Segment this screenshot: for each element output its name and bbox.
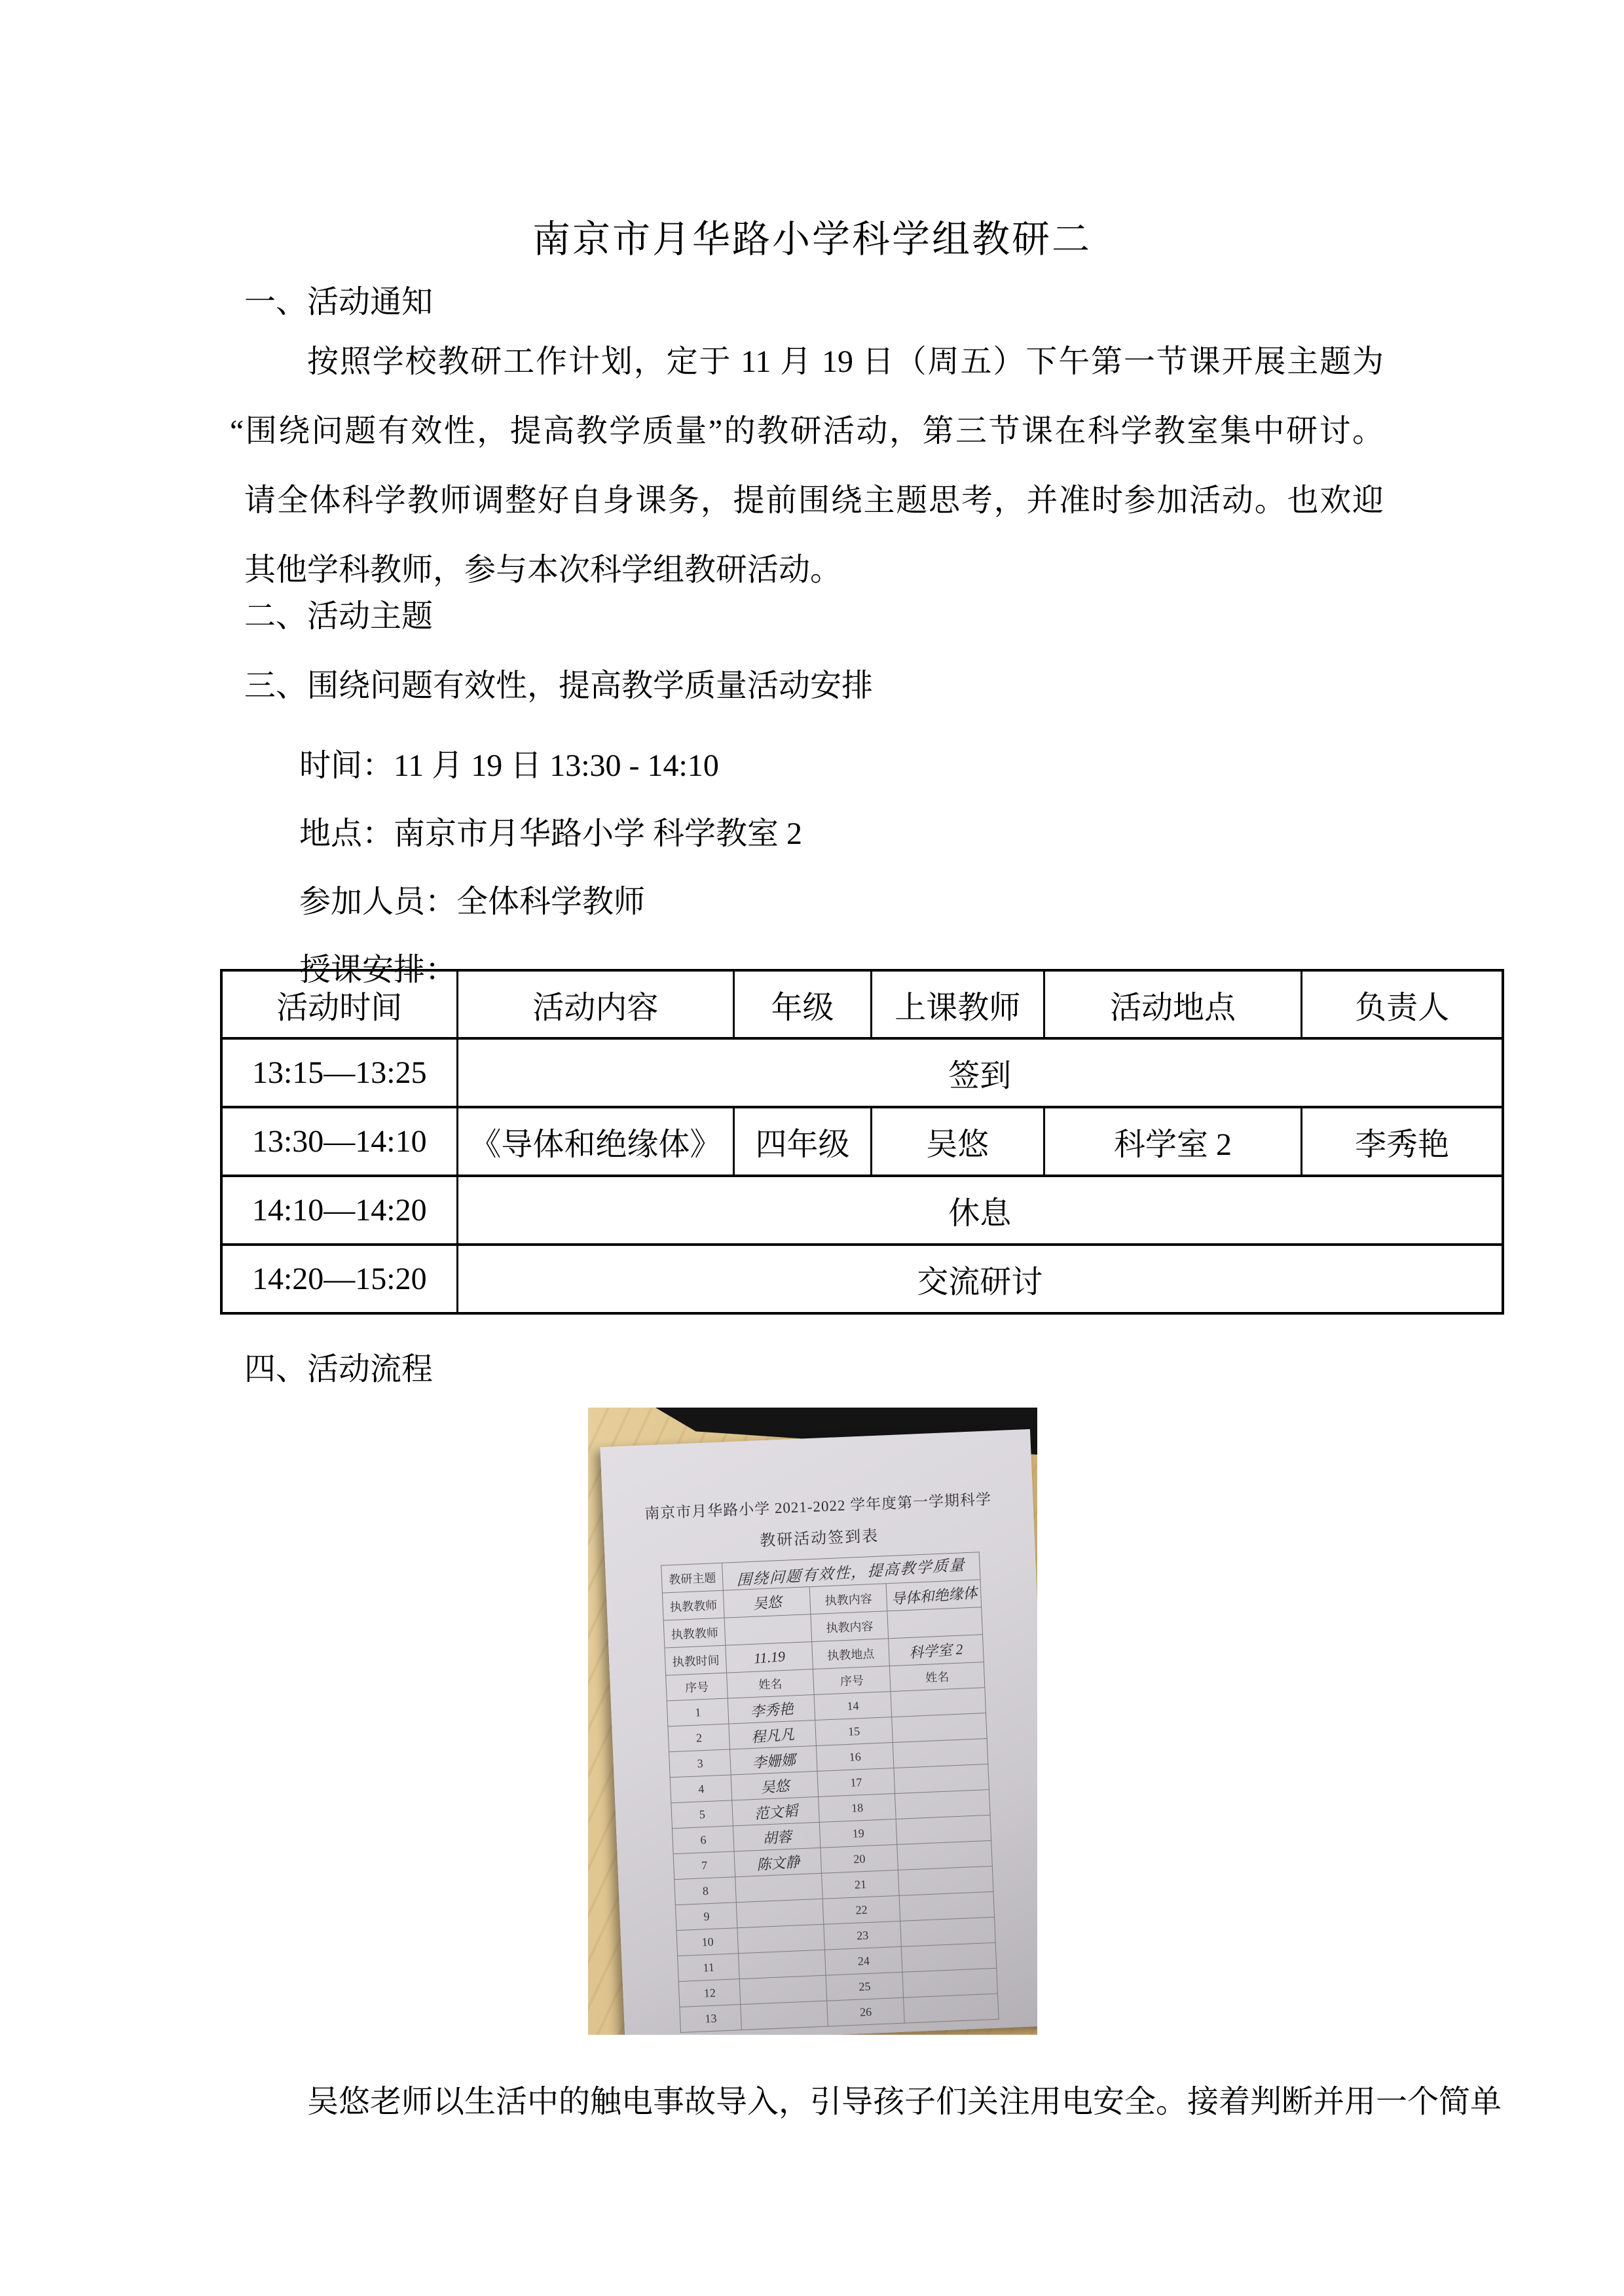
roster-no: 8: [674, 1877, 736, 1905]
signin-sheet-photo: 南京市月华路小学 2021-2022 学年度第一学期科学 教研活动签到表 教研主…: [588, 1408, 1037, 2035]
roster-no: 22: [822, 1896, 900, 1925]
signin-value: 导体和绝缘体: [886, 1580, 981, 1611]
handwritten-signature: 陈文静: [756, 1851, 800, 1874]
signin-label: 执教地点: [811, 1639, 889, 1669]
schedule-row-discussion: 14:20—15:20 交流研讨: [221, 1245, 1503, 1313]
signin-label: 执教教师: [663, 1618, 725, 1649]
handwritten-content: 导体和绝缘体: [890, 1582, 978, 1609]
handwritten-signature: 范文韬: [753, 1800, 798, 1823]
schedule-time-cell: 14:10—14:20: [221, 1176, 457, 1245]
schedule-header-cell: 年级: [734, 970, 871, 1038]
schedule-row-break: 14:10—14:20 休息: [221, 1176, 1503, 1245]
roster-header-cell: 序号: [813, 1666, 891, 1695]
roster-no: 3: [669, 1749, 731, 1777]
notice-paragraph: 按照学校教研工作计划，定于 11 月 19 日（周五）下午第一节课开展主题为 “…: [244, 327, 1384, 605]
section-heading-activity-process: 四、活动流程: [244, 1350, 433, 1389]
notice-line: 请全体科学教师调整好自身课务，提前围绕主题思考，并准时参加活动。也欢迎: [244, 466, 1384, 536]
signin-label: 教研主题: [661, 1563, 723, 1594]
roster-no: 2: [668, 1724, 729, 1752]
schedule-table: 活动时间 活动内容 年级 上课教师 活动地点 负责人 13:15—13:25 签…: [220, 969, 1504, 1315]
roster-no: 14: [814, 1692, 892, 1721]
section-heading-activity-plan: 三、围绕问题有效性，提高教学质量活动安排: [244, 666, 873, 706]
roster-no: 21: [821, 1870, 899, 1899]
schedule-content-cell: 《导体和绝缘体》: [457, 1107, 734, 1176]
signin-label: 执教内容: [809, 1584, 887, 1614]
handwritten-signature: 李姗娜: [751, 1749, 796, 1772]
roster-name: 陈文静: [734, 1848, 821, 1877]
roster-name: 胡蓉: [733, 1823, 820, 1851]
notice-line: “围绕问题有效性，提高教学质量”的教研活动，第三节课在科学教室集中研讨。: [244, 397, 1384, 466]
roster-name: [893, 1739, 988, 1768]
roster-no: 18: [818, 1794, 896, 1823]
roster-no: 26: [826, 1998, 904, 2027]
signin-label: 执教内容: [811, 1611, 889, 1642]
roster-name: [900, 1918, 995, 1947]
roster-name: [904, 1994, 999, 2024]
notice-line: 其他学科教师，参与本次科学组教研活动。: [244, 536, 1384, 605]
roster-no: 11: [678, 1954, 739, 1982]
schedule-time-cell: 13:15—13:25: [221, 1038, 457, 1107]
schedule-teacher-cell: 吴悠: [871, 1107, 1044, 1176]
roster-name: [739, 1950, 826, 1979]
schedule-grade-cell: 四年级: [734, 1107, 871, 1176]
info-time: 时间：11 月 19 日 13:30 - 14:10: [299, 732, 802, 800]
roster-name: [735, 1874, 822, 1903]
roster-no: 12: [679, 1979, 741, 2007]
handwritten-teacher: 吴悠: [752, 1592, 782, 1614]
schedule-row-signin: 13:15—13:25 签到: [221, 1038, 1503, 1107]
notice-line: 按照学校教研工作计划，定于 11 月 19 日（周五）下午第一节课开展主题为: [244, 327, 1384, 397]
schedule-time-cell: 14:20—15:20: [221, 1245, 457, 1313]
roster-name: 范文韬: [732, 1797, 819, 1826]
activity-info-block: 时间：11 月 19 日 13:30 - 14:10 地点：南京市月华路小学 科…: [299, 732, 802, 1004]
section-heading-activity-notice: 一、活动通知: [244, 283, 433, 322]
handwritten-place: 科学室 2: [908, 1638, 964, 1662]
handwritten-signature: 吴悠: [760, 1775, 790, 1797]
roster-name: 程凡凡: [729, 1721, 816, 1749]
signin-value: [887, 1607, 982, 1639]
handwritten-signature: 李秀艳: [749, 1698, 794, 1721]
closing-paragraph: 吴悠老师以生活中的触电事故导入，引导孩子们关注用电安全。接着判断并用一个简单: [244, 2068, 1384, 2137]
roster-no: 19: [819, 1819, 897, 1848]
roster-no: 15: [815, 1717, 893, 1746]
roster-no: 9: [676, 1903, 737, 1931]
roster-name: [899, 1892, 994, 1922]
roster-name: [895, 1790, 990, 1819]
roster-name: [739, 1976, 826, 2005]
roster-name: 吴悠: [731, 1772, 818, 1800]
roster-name: [894, 1764, 989, 1794]
roster-name: [737, 1925, 824, 1954]
roster-name: [892, 1713, 987, 1743]
signin-label: 执教教师: [663, 1591, 724, 1621]
roster-header-cell: 姓名: [890, 1662, 985, 1692]
roster-no: 23: [823, 1922, 901, 1950]
signin-label: 执教时间: [665, 1645, 726, 1675]
signin-sheet-paper: 南京市月华路小学 2021-2022 学年度第一学期科学 教研活动签到表 教研主…: [600, 1429, 1037, 2035]
roster-no: 24: [824, 1947, 902, 1976]
info-place: 地点：南京市月华路小学 科学教室 2: [299, 800, 802, 868]
roster-header-cell: 姓名: [727, 1669, 814, 1698]
signin-roster-body: 1李秀艳142程凡凡153李姗娜164吴悠175范文韬186胡蓉197陈文静20…: [667, 1688, 999, 2033]
handwritten-signature: 胡蓉: [762, 1826, 792, 1848]
roster-name: [897, 1841, 992, 1870]
roster-no: 20: [821, 1845, 898, 1874]
schedule-header-cell: 上课教师: [871, 970, 1044, 1038]
schedule-header-cell: 活动地点: [1044, 970, 1301, 1038]
roster-no: 1: [667, 1698, 729, 1726]
section-heading-activity-theme: 二、活动主题: [244, 597, 433, 636]
handwritten-date: 11.19: [753, 1648, 786, 1667]
signin-value: [724, 1614, 811, 1645]
signin-value: 11.19: [726, 1642, 813, 1673]
roster-no: 4: [670, 1775, 731, 1803]
signin-value: 科学室 2: [889, 1635, 984, 1666]
roster-name: [902, 1943, 997, 1973]
roster-no: 7: [673, 1851, 735, 1880]
doc-title: 南京市月华路小学科学组教研二: [0, 208, 1624, 263]
schedule-merged-cell: 休息: [457, 1176, 1503, 1245]
handwritten-signature: 程凡凡: [750, 1723, 794, 1747]
schedule-merged-cell: 交流研讨: [457, 1245, 1503, 1313]
roster-no: 13: [680, 2005, 741, 2033]
schedule-merged-cell: 签到: [457, 1038, 1503, 1107]
roster-no: 16: [816, 1743, 894, 1772]
schedule-header-cell: 活动内容: [457, 970, 734, 1038]
roster-name: 李姗娜: [729, 1746, 817, 1775]
schedule-row-lesson: 13:30—14:10 《导体和绝缘体》 四年级 吴悠 科学室 2 李秀艳: [221, 1107, 1503, 1176]
signin-value: 吴悠: [723, 1587, 810, 1618]
schedule-header-cell: 活动时间: [221, 970, 457, 1038]
roster-name: 李秀艳: [728, 1695, 815, 1724]
schedule-time-cell: 13:30—14:10: [221, 1107, 457, 1176]
roster-no: 25: [826, 1973, 904, 2001]
info-participants: 参加人员：全体科学教师: [299, 868, 802, 936]
roster-name: [896, 1815, 991, 1845]
roster-no: 5: [671, 1800, 733, 1829]
roster-name: [902, 1969, 997, 1998]
roster-name: [898, 1867, 993, 1896]
roster-no: 17: [817, 1768, 895, 1797]
schedule-header-cell: 负责人: [1302, 970, 1503, 1038]
schedule-place-cell: 科学室 2: [1044, 1107, 1301, 1176]
schedule-header-row: 活动时间 活动内容 年级 上课教师 活动地点 负责人: [221, 970, 1503, 1038]
roster-no: 6: [673, 1826, 734, 1854]
roster-name: [736, 1899, 823, 1928]
document-page: 南京市月华路小学科学组教研二 一、活动通知 按照学校教研工作计划，定于 11 月…: [0, 0, 1624, 2296]
roster-name: [891, 1688, 986, 1717]
sheet-title-line2: 教研活动签到表: [604, 1516, 1035, 1557]
roster-no: 10: [676, 1928, 738, 1956]
roster-header-cell: 序号: [666, 1673, 728, 1701]
signin-table: 教研主题 围绕问题有效性，提高教学质量 执教教师 吴悠 执教内容 导体和绝缘体: [661, 1552, 999, 2033]
schedule-lead-cell: 李秀艳: [1302, 1107, 1503, 1176]
roster-name: [741, 2001, 828, 2030]
